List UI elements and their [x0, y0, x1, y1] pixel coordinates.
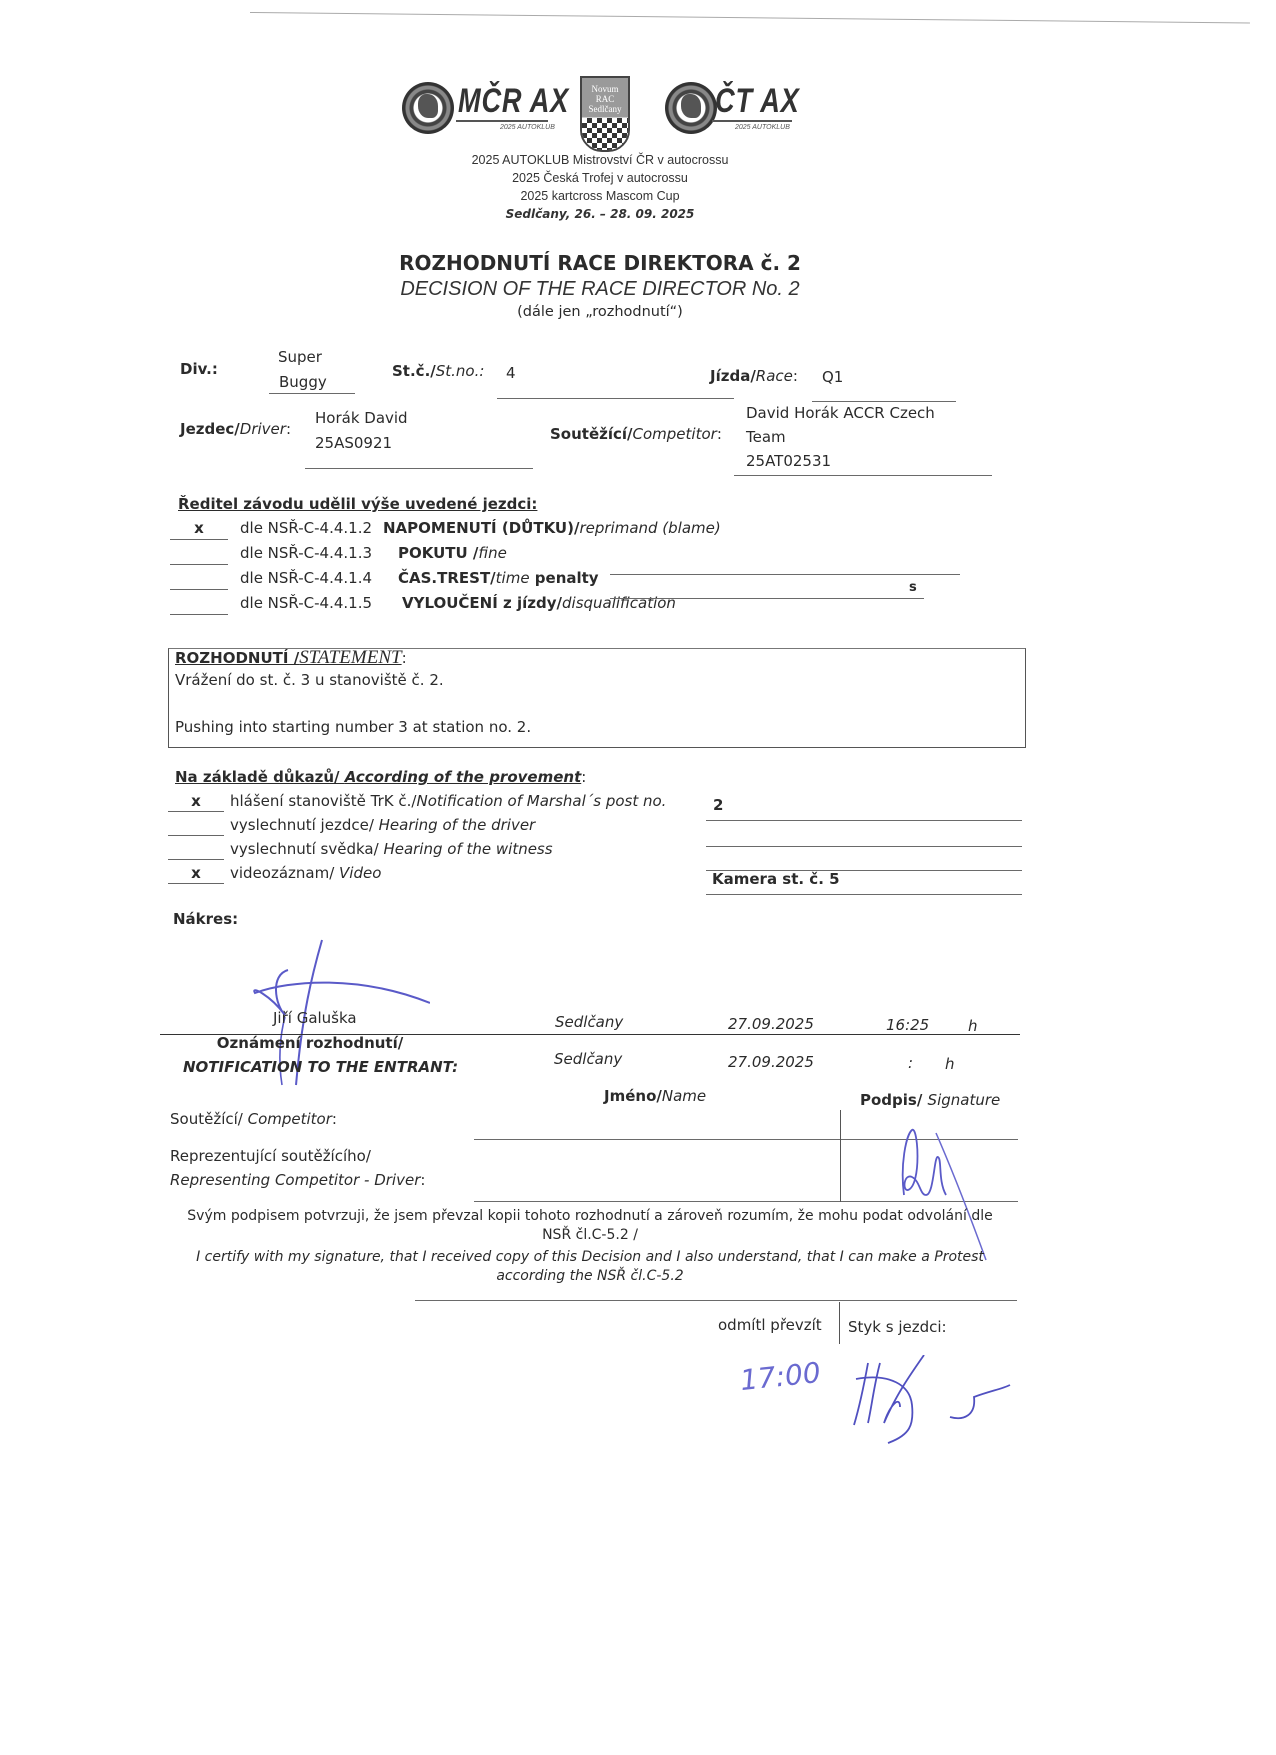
evidence-value: Kamera st. č. 5 [712, 870, 840, 888]
title-en: DECISION OF THE RACE DIRECTOR No. 2 [300, 278, 900, 301]
logo-left-subtitle: 2025 AUTOKLUB [500, 124, 555, 131]
autoklub-seal-right-icon [665, 82, 717, 134]
signature-column-header: Podpis/ Signature [860, 1091, 1000, 1109]
checkered-flag-pattern [582, 118, 628, 150]
div-value-2: Buggy [279, 373, 327, 391]
logo-right-subtitle: 2025 AUTOKLUB [735, 124, 790, 131]
race-label: Jízda/Race: [710, 367, 798, 385]
certification-cz-line-2: NSŘ čl.C-5.2 / [160, 1226, 1020, 1245]
race-underline [812, 401, 956, 402]
penalty-label: POKUTU /fine [398, 544, 507, 562]
shield-text: Novum RAC Sedlčany [584, 84, 626, 114]
competitor-label: Soutěžící/Competitor: [550, 425, 722, 443]
handwritten-time: 17:00 [738, 1356, 822, 1397]
evidence-line-1 [706, 820, 1022, 821]
penalty-checkbox[interactable]: x [170, 519, 228, 540]
logo-right-title: ČT AX [715, 82, 800, 121]
decision-place: Sedlčany [555, 1013, 623, 1031]
event-line-3: 2025 kartcross Mascom Cup [400, 187, 800, 205]
stno-value: 4 [506, 364, 516, 382]
driver-license: 25AS0921 [315, 434, 392, 452]
decision-time-unit: h [968, 1017, 978, 1035]
notification-date: 27.09.2025 [728, 1053, 814, 1071]
autoklub-seal-left-icon [402, 82, 454, 134]
div-underline [269, 393, 355, 394]
div-label: Div.: [180, 360, 218, 378]
event-line-2: 2025 Česká Trofej v autocrossu [400, 169, 800, 187]
fine-amount-line [610, 574, 960, 575]
certification-text: Svým podpisem potvrzuji, že jsem převzal… [160, 1207, 1020, 1286]
statement-label: ROZHODNUTÍ /STATEMENT: [175, 647, 407, 669]
evidence-checkbox[interactable] [168, 816, 224, 836]
notification-time-unit: h [945, 1055, 955, 1073]
certification-cz-line-1: Svým podpisem potvrzuji, že jsem převzal… [160, 1207, 1020, 1226]
race-director-name: Jiří Galuška [273, 1009, 357, 1027]
competitor-signature-label: Soutěžící/ Competitor: [170, 1110, 337, 1128]
title-cz: ROZHODNUTÍ RACE DIREKTORA č. 2 [300, 251, 900, 275]
certification-en-line-2: according the NSŘ čl.C-5.2 [160, 1267, 1020, 1286]
evidence-label: videozáznam/ Video [230, 864, 381, 882]
sketch-label: Nákres: [173, 910, 238, 928]
competitor-underline [734, 475, 992, 476]
notification-label-en: NOTIFICATION TO THE ENTRANT: [183, 1058, 458, 1076]
penalty-rule: dle NSŘ-C-4.4.1.3 [240, 544, 372, 562]
driver-contact-label: Styk s jezdci: [848, 1318, 947, 1336]
logo-right-bar [712, 120, 792, 122]
evidence-label: vyslechnutí svědka/ Hearing of the witne… [230, 840, 553, 858]
penalty-rule: dle NSŘ-C-4.4.1.4 [240, 569, 372, 587]
race-value: Q1 [822, 368, 843, 386]
statement-text-cz: Vrážení do st. č. 3 u stanoviště č. 2. [175, 671, 444, 689]
name-column-header: Jméno/Name [604, 1087, 706, 1105]
penalty-label: NAPOMENUTÍ (DŮTKU)/reprimand (blame) [383, 519, 721, 537]
representing-label-en: Representing Competitor - Driver: [170, 1171, 425, 1189]
penalty-checkbox[interactable] [170, 594, 228, 615]
stno-label: St.č./St.no.: [392, 362, 484, 380]
decision-date: 27.09.2025 [728, 1015, 814, 1033]
certification-bottom-line [415, 1300, 1017, 1301]
penalties-heading: Ředitel závodu udělil výše uvedené jezdc… [178, 495, 537, 513]
competitor-line-1: David Horák ACCR Czech [746, 404, 935, 422]
div-value-1: Super [278, 348, 322, 366]
penalty-label: VYLOUČENÍ z jízdy/disqualification [402, 594, 676, 612]
event-line-1: 2025 AUTOKLUB Mistrovství ČR v autocross… [400, 151, 800, 169]
driver-name: Horák David [315, 409, 408, 427]
evidence-checkbox[interactable]: x [168, 792, 224, 812]
penalty-rule: dle NSŘ-C-4.4.1.2 [240, 519, 372, 537]
event-place-date: Sedlčany, 26. – 28. 09. 2025 [400, 205, 800, 223]
penalty-checkbox[interactable] [170, 544, 228, 565]
time-penalty-line [610, 598, 924, 599]
penalty-checkbox[interactable] [170, 569, 228, 590]
signature-column-divider [840, 1110, 841, 1202]
footer-divider [839, 1302, 840, 1344]
time-unit: s [909, 580, 917, 595]
evidence-label: vyslechnutí jezdce/ Hearing of the drive… [230, 816, 535, 834]
driver-label: Jezdec/Driver: [180, 420, 291, 438]
penalty-rule: dle NSŘ-C-4.4.1.5 [240, 594, 372, 612]
event-info: 2025 AUTOKLUB Mistrovství ČR v autocross… [400, 151, 800, 223]
competitor-line-2: Team [746, 428, 786, 446]
statement-text-en: Pushing into starting number 3 at statio… [175, 718, 531, 736]
logo-left-title: MČR AX [458, 82, 569, 121]
refused-label: odmítl převzít [718, 1316, 822, 1334]
notification-label-cz: Oznámení rozhodnutí/ [180, 1034, 440, 1052]
penalty-label: ČAS.TREST/time penalty [398, 569, 599, 587]
title-note: (dále jen „rozhodnutí“) [400, 304, 800, 320]
logo-left-bar [456, 120, 548, 122]
statement-box: ROZHODNUTÍ /STATEMENT: Vrážení do st. č.… [168, 648, 1026, 748]
evidence-value: 2 [713, 796, 723, 814]
driver-contact-initials-icon [850, 1355, 1030, 1475]
evidence-checkbox[interactable]: x [168, 864, 224, 884]
decision-time: 16:25 [886, 1016, 929, 1034]
notification-time[interactable]: : [908, 1054, 913, 1072]
stno-underline [497, 398, 734, 399]
evidence-label: hlášení stanoviště TrK č./Notification o… [230, 792, 666, 810]
representing-label-cz: Reprezentující soutěžícího/ [170, 1147, 371, 1165]
competitor-license: 25AT02531 [746, 452, 831, 470]
evidence-line-3 [706, 870, 1022, 871]
evidence-heading: Na základě důkazů/ According of the prov… [175, 768, 586, 786]
evidence-line-4 [706, 894, 1022, 895]
scan-edge-line [250, 12, 1250, 23]
notification-place: Sedlčany [554, 1050, 622, 1068]
driver-underline [305, 468, 533, 469]
evidence-checkbox[interactable] [168, 840, 224, 860]
certification-en-line-1: I certify with my signature, that I rece… [160, 1248, 1020, 1267]
rac-sedlcany-shield-icon: Novum RAC Sedlčany [580, 76, 630, 152]
evidence-line-2 [706, 846, 1022, 847]
